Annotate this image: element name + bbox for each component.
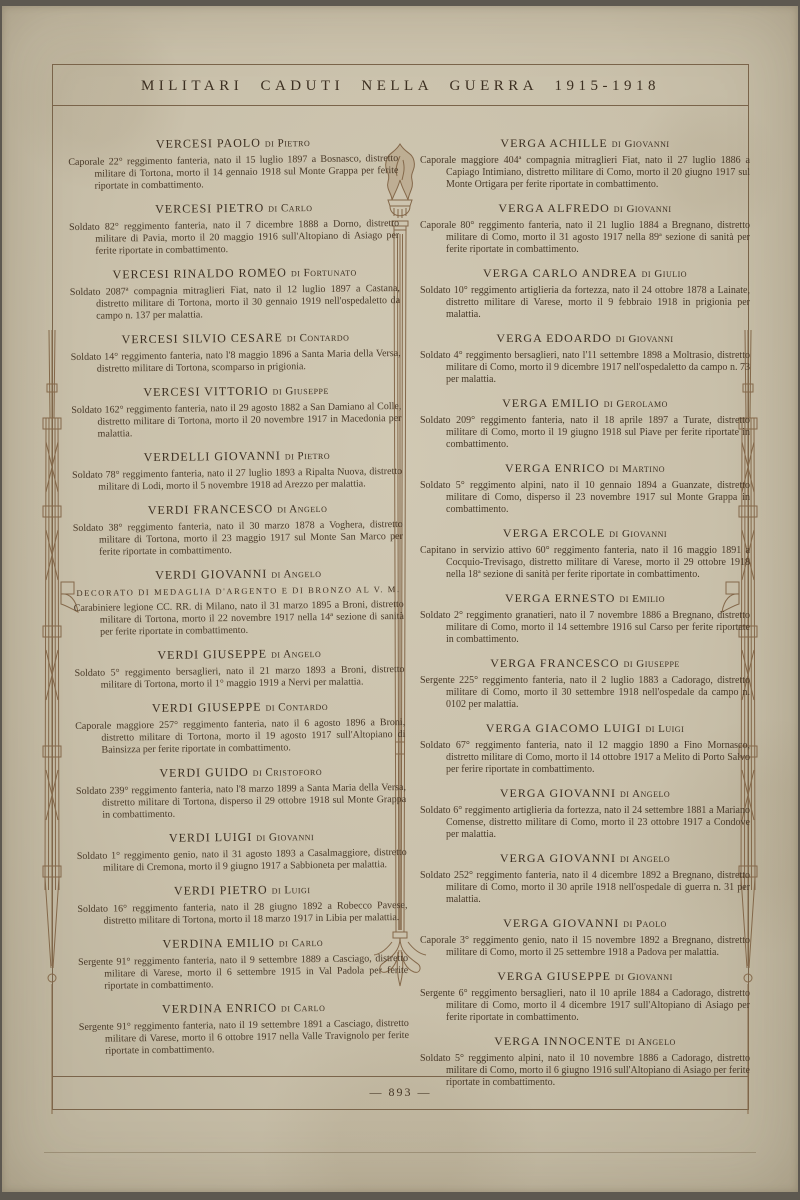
entry-text: Soldato 2° reggimento granatieri, nato i… — [420, 610, 750, 646]
entry-name: VERCESI RINALDO ROMEO — [113, 265, 288, 281]
entry-text: Caporale 22° reggimento fanteria, nato i… — [68, 153, 398, 193]
entry-patronymic: di Giovanni — [256, 831, 314, 844]
entry-name: VERGA ERCOLE — [503, 526, 605, 540]
entry-patronymic: di Angelo — [277, 503, 327, 516]
entry-text: Soldato 67° reggimento fanteria, nato il… — [420, 740, 750, 776]
entry-text: Caporale maggiore 404ª compagnia mitragl… — [420, 155, 750, 191]
entry-text: Soldato 14° reggimento fanteria, nato l'… — [71, 348, 401, 376]
casualty-entry: VERGA GIOVANNIdi Angelo Soldato 252° reg… — [420, 851, 750, 906]
entry-name: VERGA GIACOMO LUIGI — [486, 721, 642, 735]
casualty-entry: VERDI GUIDOdi Cristoforo Soldato 239° re… — [76, 763, 407, 822]
casualty-entry: VERGA GIOVANNIdi Paolo Caporale 3° reggi… — [420, 916, 750, 959]
entry-text: Soldato 5° reggimento bersaglieri, nato … — [74, 664, 404, 692]
entry-patronymic: di Angelo — [271, 568, 321, 581]
entry-name: VERDINA ENRICO — [162, 1001, 277, 1016]
entry-heading: VERGA GIUSEPPEdi Giovanni — [420, 969, 750, 984]
entry-patronymic: di Giulio — [642, 268, 687, 280]
entry-name: VERDI PIETRO — [174, 883, 268, 898]
entry-text: Soldato 5° reggimento alpini, nato il 10… — [420, 480, 750, 516]
entry-heading: VERDI LUIGIdi Giovanni — [76, 828, 406, 847]
entry-patronymic: di Luigi — [272, 884, 311, 896]
paper-bottom-edge — [44, 1152, 756, 1153]
entry-heading: VERCESI RINALDO ROMEOdi Fortunato — [70, 264, 400, 283]
entry-text: Sergente 91° reggimento fanteria, nato i… — [79, 1018, 409, 1058]
entry-name: VERCESI SILVIO CESARE — [122, 330, 283, 346]
entry-heading: VERGA EMILIOdi Gerolamo — [420, 396, 750, 411]
casualty-entry: VERCESI PAOLOdi Pietro Caporale 22° regg… — [68, 134, 399, 193]
entry-text: Soldato 209° reggimento fanteria, nato i… — [420, 415, 750, 451]
casualty-entry: VERGA ACHILLEdi Giovanni Caporale maggio… — [420, 136, 750, 191]
entry-heading: VERGA ENRICOdi Martino — [420, 461, 750, 476]
entry-heading: VERGA EDOARDOdi Giovanni — [420, 331, 750, 346]
entry-patronymic: di Carlo — [279, 937, 323, 950]
casualty-entry: VERDI LUIGIdi Giovanni Soldato 1° reggim… — [76, 828, 407, 875]
entry-text: Soldato 162° reggimento fanteria, nato i… — [71, 401, 401, 441]
casualty-entry: VERGA ALFREDOdi Giovanni Caporale 80° re… — [420, 201, 750, 256]
entry-text: Carabiniere legione CC. RR. di Milano, n… — [74, 599, 404, 639]
entry-patronymic: di Angelo — [620, 853, 670, 865]
casualty-entry: VERGA EMILIOdi Gerolamo Soldato 209° reg… — [420, 396, 750, 451]
casualty-entry: VERGA EDOARDOdi Giovanni Soldato 4° regg… — [420, 331, 750, 386]
entry-heading: VERGA GIOVANNIdi Angelo — [420, 851, 750, 866]
entry-name: VERGA GIOVANNI — [500, 851, 616, 865]
entry-text: Soldato 10° reggimento artiglieria da fo… — [420, 285, 750, 321]
entry-patronymic: di Angelo — [271, 648, 321, 661]
entry-heading: VERCESI VITTORIOdi Giuseppe — [71, 382, 401, 401]
entry-patronymic: di Emilio — [619, 593, 665, 605]
entry-patronymic: di Giovanni — [614, 203, 672, 215]
entry-name: VERGA ERNESTO — [505, 591, 615, 605]
casualty-entry: VERDINA EMILIOdi Carlo Sergente 91° regg… — [78, 934, 409, 993]
entry-heading: VERDI GUIDOdi Cristoforo — [76, 763, 406, 782]
entry-heading: VERCESI SILVIO CESAREdi Contardo — [70, 329, 400, 348]
entry-heading: VERGA ERNESTOdi Emilio — [420, 591, 750, 606]
entry-name: VERDI GIUSEPPE — [152, 700, 262, 715]
entry-name: VERGA CARLO ANDREA — [483, 266, 638, 280]
entry-patronymic: di Gerolamo — [604, 398, 668, 410]
casualty-entry: VERDI GIUSEPPEdi Contardo Caporale maggi… — [75, 698, 406, 757]
casualty-entry: VERDI FRANCESCOdi Angelo Soldato 38° reg… — [72, 500, 403, 559]
entry-text: Sergente 225° reggimento fanteria, nato … — [420, 675, 750, 711]
casualty-entry: VERGA FRANCESCOdi Giuseppe Sergente 225°… — [420, 656, 750, 711]
entry-text: Sergente 6° reggimento bersaglieri, nato… — [420, 988, 750, 1024]
entry-heading: VERDI GIUSEPPEdi Angelo — [74, 645, 404, 664]
entry-patronymic: di Carlo — [281, 1002, 325, 1015]
entry-text: Soldato 5° reggimento alpini, nato il 10… — [420, 1053, 750, 1089]
entry-text: Soldato 1° reggimento genio, nato il 31 … — [77, 847, 407, 875]
casualty-entry: VERGA GIUSEPPEdi Giovanni Sergente 6° re… — [420, 969, 750, 1024]
entry-name: VERDI LUIGI — [169, 830, 252, 845]
column-right: VERGA ACHILLEdi Giovanni Caporale maggio… — [420, 136, 750, 1099]
entry-heading: VERCESI PAOLOdi Pietro — [68, 134, 398, 153]
casualty-entry: VERGA ERCOLEdi Giovanni Capitano in serv… — [420, 526, 750, 581]
entry-name: VERGA ACHILLE — [500, 136, 607, 150]
entry-heading: VERGA GIOVANNIdi Paolo — [420, 916, 750, 931]
entry-name: VERGA ALFREDO — [498, 201, 609, 215]
entry-name: VERCESI PAOLO — [156, 136, 261, 151]
entry-patronymic: di Giovanni — [615, 971, 673, 983]
entry-decoration: DECORATO DI MEDAGLIA D'ARGENTO E DI BRON… — [74, 584, 404, 598]
entry-heading: VERGA GIOVANNIdi Angelo — [420, 786, 750, 801]
casualty-entry: VERCESI PIETROdi Carlo Soldato 82° reggi… — [69, 199, 400, 258]
casualty-entry: VERCESI SILVIO CESAREdi Contardo Soldato… — [70, 329, 401, 376]
entry-heading: VERDI GIOVANNIdi Angelo — [73, 565, 403, 584]
entry-name: VERGA GIUSEPPE — [497, 969, 611, 983]
entry-text: Soldato 6° reggimento artiglieria da for… — [420, 805, 750, 841]
entry-patronymic: di Giuseppe — [624, 658, 680, 670]
entry-heading: VERDELLI GIOVANNIdi Pietro — [72, 447, 402, 466]
entry-text: Soldato 239° reggimento fanteria, nato l… — [76, 782, 406, 822]
casualty-entry: VERDI GIOVANNIdi Angelo DECORATO DI MEDA… — [73, 565, 404, 639]
entry-patronymic: di Fortunato — [291, 266, 357, 279]
page-header: MILITARI CADUTI NELLA GUERRA 1915-1918 — [53, 65, 748, 106]
entry-patronymic: di Giovanni — [616, 333, 674, 345]
entry-patronymic: di Luigi — [645, 723, 684, 735]
entry-patronymic: di Giovanni — [609, 528, 667, 540]
entry-text: Soldato 2087ª compagnia mitraglieri Fiat… — [70, 283, 400, 323]
entry-text: Soldato 38° reggimento fanteria, nato il… — [73, 519, 403, 559]
entry-patronymic: di Angelo — [626, 1036, 676, 1048]
entry-patronymic: di Pietro — [285, 450, 331, 463]
entry-heading: VERGA ERCOLEdi Giovanni — [420, 526, 750, 541]
entry-text: Sergente 91° reggimento fanteria, nato i… — [78, 953, 408, 993]
entry-name: VERGA EDOARDO — [496, 331, 611, 345]
entry-patronymic: di Carlo — [268, 202, 312, 215]
casualty-entry: VERDI PIETROdi Luigi Soldato 16° reggime… — [77, 881, 408, 928]
casualty-entry: VERCESI VITTORIOdi Giuseppe Soldato 162°… — [71, 382, 402, 441]
entry-heading: VERGA GIACOMO LUIGIdi Luigi — [420, 721, 750, 736]
entry-heading: VERGA ACHILLEdi Giovanni — [420, 136, 750, 151]
entry-text: Caporale 3° reggimento genio, nato il 15… — [420, 935, 750, 959]
entry-text: Caporale 80° reggimento fanteria, nato i… — [420, 220, 750, 256]
entry-patronymic: di Angelo — [620, 788, 670, 800]
entry-name: VERDI GUIDO — [159, 765, 248, 780]
entry-text: Soldato 16° reggimento fanteria, nato il… — [77, 900, 407, 928]
entry-heading: VERGA ALFREDOdi Giovanni — [420, 201, 750, 216]
entry-name: VERGA EMILIO — [502, 396, 600, 410]
page-title: MILITARI CADUTI NELLA GUERRA 1915-1918 — [53, 65, 748, 105]
entry-patronymic: di Pietro — [265, 137, 311, 150]
entry-heading: VERCESI PIETROdi Carlo — [69, 199, 399, 218]
entry-text: Caporale maggiore 257° reggimento fanter… — [75, 717, 405, 757]
entry-text: Soldato 82° reggimento fanteria, nato il… — [69, 218, 399, 258]
entry-name: VERGA INNOCENTE — [494, 1034, 621, 1048]
entry-patronymic: di Cristoforo — [253, 766, 322, 779]
entry-heading: VERDINA EMILIOdi Carlo — [78, 934, 408, 953]
casualty-entry: VERDINA ENRICOdi Carlo Sergente 91° regg… — [79, 999, 410, 1058]
casualty-entry: VERGA GIACOMO LUIGIdi Luigi Soldato 67° … — [420, 721, 750, 776]
casualty-entry: VERGA GIOVANNIdi Angelo Soldato 6° reggi… — [420, 786, 750, 841]
entry-name: VERGA GIOVANNI — [503, 916, 619, 930]
column-left: VERCESI PAOLOdi Pietro Caporale 22° regg… — [68, 134, 409, 1068]
entry-heading: VERDINA ENRICOdi Carlo — [79, 999, 409, 1018]
casualty-entry: VERGA ENRICOdi Martino Soldato 5° reggim… — [420, 461, 750, 516]
entry-name: VERDI GIUSEPPE — [157, 647, 267, 662]
entry-name: VERDI GIOVANNI — [155, 567, 267, 582]
entry-patronymic: di Giuseppe — [273, 385, 329, 398]
entry-heading: VERGA CARLO ANDREAdi Giulio — [420, 266, 750, 281]
casualty-entry: VERGA INNOCENTEdi Angelo Soldato 5° regg… — [420, 1034, 750, 1089]
casualty-entry: VERDELLI GIOVANNIdi Pietro Soldato 78° r… — [72, 447, 403, 494]
entry-heading: VERDI PIETROdi Luigi — [77, 881, 407, 900]
entry-heading: VERGA INNOCENTEdi Angelo — [420, 1034, 750, 1049]
entry-patronymic: di Contardo — [287, 332, 350, 345]
entry-text: Soldato 78° reggimento fanteria, nato il… — [72, 466, 402, 494]
entry-name: VERDELLI GIOVANNI — [144, 448, 281, 464]
entry-patronymic: di Paolo — [623, 918, 667, 930]
entry-name: VERDINA EMILIO — [162, 936, 274, 951]
entry-name: VERDI FRANCESCO — [148, 502, 274, 518]
entry-name: VERGA FRANCESCO — [490, 656, 619, 670]
entry-name: VERGA ENRICO — [505, 461, 605, 475]
casualty-entry: VERGA ERNESTOdi Emilio Soldato 2° reggim… — [420, 591, 750, 646]
entry-patronymic: di Giovanni — [612, 138, 670, 150]
entry-name: VERGA GIOVANNI — [500, 786, 616, 800]
entry-name: VERCESI VITTORIO — [143, 384, 268, 400]
casualty-entry: VERCESI RINALDO ROMEOdi Fortunato Soldat… — [70, 264, 401, 323]
casualty-entry: VERDI GIUSEPPEdi Angelo Soldato 5° reggi… — [74, 645, 405, 692]
entry-text: Capitano in servizio attivo 60° reggimen… — [420, 545, 750, 581]
entry-name: VERCESI PIETRO — [155, 201, 264, 216]
entry-heading: VERDI FRANCESCOdi Angelo — [72, 500, 402, 519]
entry-heading: VERDI GIUSEPPEdi Contardo — [75, 698, 405, 717]
page: MILITARI CADUTI NELLA GUERRA 1915-1918 —… — [2, 6, 798, 1192]
casualty-entry: VERGA CARLO ANDREAdi Giulio Soldato 10° … — [420, 266, 750, 321]
entry-heading: VERGA FRANCESCOdi Giuseppe — [420, 656, 750, 671]
entry-text: Soldato 4° reggimento bersaglieri, nato … — [420, 350, 750, 386]
entry-text: Soldato 252° reggimento fanteria, nato i… — [420, 870, 750, 906]
entry-patronymic: di Contardo — [265, 701, 328, 714]
entry-patronymic: di Martino — [609, 463, 665, 475]
